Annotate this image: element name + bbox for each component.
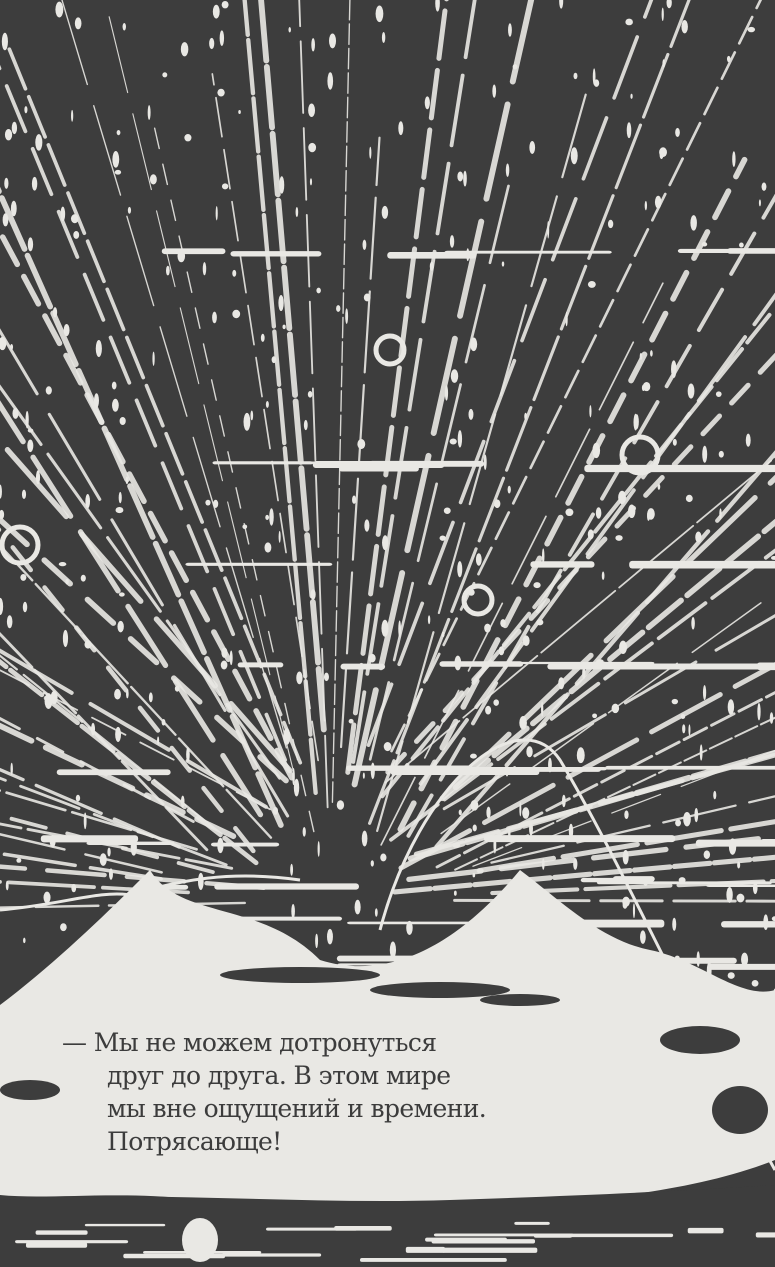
book-page: — Мы не можем дотронуться друг до друга.… [0,0,775,1267]
caption-line-1: — Мы не можем дотронуться [62,1026,522,1059]
caption-line-2: друг до друга. В этом мире [62,1059,522,1092]
em-dash: — [62,1028,86,1057]
caption-line-4: Потрясающе! [62,1125,522,1158]
caption-line-3: мы вне ощущений и времени. [62,1092,522,1125]
caption-line-1-text: Мы не можем дотронуться [94,1028,437,1057]
caption-text: — Мы не можем дотронуться друг до друга.… [62,1026,522,1158]
